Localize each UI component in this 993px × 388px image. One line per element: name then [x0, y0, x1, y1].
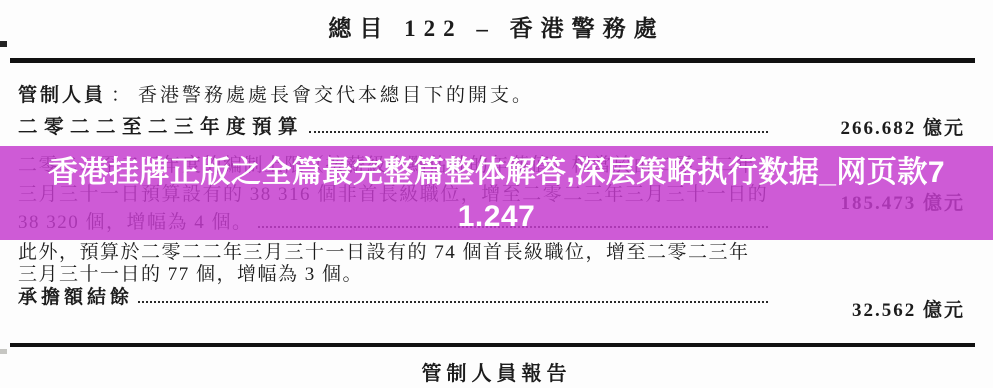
controlling-officer-line: 管制人員：香港警務處處長會交代本總目下的開支。 [18, 84, 534, 108]
dot-leader [138, 301, 768, 303]
directorate-line-1: 此外，預算於二零二二年三月三十一日設有的 74 個首長級職位，增至二零二三年 [18, 241, 750, 265]
estimate-label: 二零二二至二三年度預算 [18, 116, 304, 140]
overlay-ad-banner[interactable]: 香港挂牌正版之全篇最完整篇整体解答,深层策略执行数据_网页款7 1.247 [0, 146, 993, 240]
overlay-ad-text-line-2: 1.247 [0, 195, 993, 239]
scan-artifact-top [0, 41, 7, 47]
commitment-amount: 32.562 億元 [852, 300, 965, 322]
bottom-rule [10, 343, 975, 347]
estimate-amount: 266.682 億元 [840, 118, 965, 140]
top-rule [10, 58, 975, 63]
controlling-officer-text: 香港警務處處長會交代本總目下的開支。 [138, 85, 534, 106]
directorate-line-2: 三月三十一日的 77 個，增幅為 3 個。 [18, 263, 363, 287]
estimate-line: 二零二二至二三年度預算 [18, 116, 770, 140]
overlay-ad-text-line-1: 香港挂牌正版之全篇最完整篇整体解答,深层策略执行数据_网页款7 [0, 151, 993, 195]
scan-artifact-bottom [0, 349, 7, 354]
controlling-officer-label: 管制人員 [18, 85, 106, 106]
dot-leader [309, 131, 768, 133]
commitment-line: 承擔額結餘 [18, 286, 770, 310]
section-heading-controlling-officers-report: 管制人員報告 [0, 357, 993, 386]
page-title: 總目 122 – 香港警務處 [0, 10, 993, 43]
budget-document-page: 總目 122 – 香港警務處 管制人員：香港警務處處長會交代本總目下的開支。 二… [0, 0, 993, 388]
commitment-label: 承擔額結餘 [18, 286, 133, 310]
controlling-officer-separator: ： [106, 85, 138, 106]
